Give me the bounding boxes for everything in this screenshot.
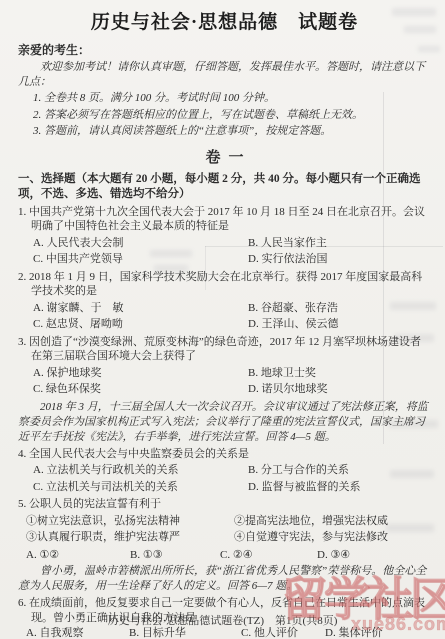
option-d: D. 诺贝尔地球奖 — [248, 381, 431, 398]
page-title: 历史与社会·思想品德 试题卷 — [18, 7, 431, 34]
exam-paper-page: 历史与社会·思想品德 试题卷 亲爱的考生： 欢迎参加考试！请你认真审题，仔细答题… — [0, 0, 445, 639]
question-stem: 3. 因创造了“沙漠变绿洲、荒原变林海”的绿色奇迹，2017 年 12 月塞罕坝… — [18, 335, 431, 364]
question-options: A. 人民代表大会制 B. 人民当家作主 C. 中国共产党领导 D. 实行依法治… — [33, 235, 431, 268]
question-stem: 4. 全国人民代表大会与中央监察委员会的关系是 — [18, 447, 431, 462]
exam-note: 2. 答案必须写在答题纸相应的位置上，写在试题卷、草稿纸上无效。 — [33, 108, 431, 123]
option-c: C. ②④ — [220, 548, 317, 563]
option-b: B. 地球卫士奖 — [248, 365, 431, 382]
question-options: A. 谢家麟、于 敏 B. 谷超豪、张存浩 C. 赵忠贤、屠呦呦 D. 王泽山、… — [33, 300, 431, 333]
option-a: A. 人民代表大会制 — [33, 235, 248, 252]
option-a: A. 立法机关与行政机关的关系 — [33, 462, 248, 479]
option-b: B. 谷超豪、张存浩 — [248, 300, 431, 317]
section-header-choice: 一、选择题（本大题有 20 小题，每小题 2 分，共 40 分。每小题只有一个正… — [18, 172, 431, 202]
option-b: B. 分工与合作的关系 — [248, 462, 431, 479]
option-d: D. 实行依法治国 — [248, 251, 431, 268]
welcome-text: 欢迎参加考试！请你认真审题，仔细答题，发挥最佳水平。答题时，请注意以下几点： — [18, 60, 431, 89]
question-5: 5. 公职人员的宪法宣誓有利于 ①树立宪法意识，弘扬宪法精神 ②提高宪法地位，增… — [18, 497, 431, 562]
part-one-title: 卷一 — [18, 146, 431, 167]
exam-note: 3. 答题前，请认真阅读答题纸上的“注意事项”，按规定答题。 — [33, 124, 431, 139]
option-b: B. ①③ — [130, 548, 220, 563]
question-3: 3. 因创造了“沙漠变绿洲、荒原变林海”的绿色奇迹，2017 年 12 月塞罕坝… — [18, 335, 431, 398]
option-c: C. 绿色环保奖 — [33, 381, 248, 398]
item-3: ③认真履行职责，维护宪法尊严 — [26, 529, 234, 546]
option-d: D. 王泽山、侯云德 — [248, 316, 431, 333]
exam-note: 1. 全卷共 8 页。满分 100 分。考试时间 100 分钟。 — [33, 91, 431, 106]
question-options: A. 立法机关与行政机关的关系 B. 分工与合作的关系 C. 立法机关与司法机关… — [33, 462, 431, 495]
option-c: C. 赵忠贤、屠呦呦 — [33, 316, 248, 333]
option-c: C. 中国共产党领导 — [33, 251, 248, 268]
item-2: ②提高宪法地位，增强宪法权威 — [234, 513, 431, 530]
question-options: A. ①② B. ①③ C. ②④ D. ③④ — [26, 548, 431, 563]
item-1: ①树立宪法意识，弘扬宪法精神 — [26, 513, 234, 530]
option-a: A. ①② — [26, 548, 130, 563]
option-c: C. 立法机关与司法机关的关系 — [33, 479, 248, 496]
question-stem: 5. 公职人员的宪法宣誓有利于 — [18, 497, 431, 512]
salutation: 亲爱的考生： — [18, 41, 431, 58]
question-1: 1. 中国共产党第十九次全国代表大会于 2017 年 10 月 18 日至 24… — [18, 205, 431, 268]
question-options: A. 保护地球奖 B. 地球卫士奖 C. 绿色环保奖 D. 诺贝尔地球奖 — [33, 365, 431, 398]
question-stem: 2. 2018 年 1 月 9 日，国家科学技术奖励大会在北京举行。获得 201… — [18, 270, 431, 299]
option-a: A. 谢家麟、于 敏 — [33, 300, 248, 317]
item-4: ④自觉遵守宪法，参与宪法修改 — [234, 529, 431, 546]
question-stem: 1. 中国共产党第十九次全国代表大会于 2017 年 10 月 18 日至 24… — [18, 205, 431, 234]
question-4: 4. 全国人民代表大会与中央监察委员会的关系是 A. 立法机关与行政机关的关系 … — [18, 447, 431, 496]
option-a: A. 保护地球奖 — [33, 365, 248, 382]
question-numbered-items: ①树立宪法意识，弘扬宪法精神 ②提高宪法地位，增强宪法权威 ③认真履行职责，维护… — [26, 513, 431, 546]
passage-6-7: 曾小勇，温岭市箬横派出所所长，获“浙江省优秀人民警察”荣誉称号。他全心全意为人民… — [18, 564, 431, 594]
option-b: B. 人民当家作主 — [248, 235, 431, 252]
question-2: 2. 2018 年 1 月 9 日，国家科学技术奖励大会在北京举行。获得 201… — [18, 270, 431, 333]
page-content: 历史与社会·思想品德 试题卷 亲爱的考生： 欢迎参加考试！请你认真审题，仔细答题… — [0, 0, 445, 639]
option-d: D. 监督与被监督的关系 — [248, 479, 431, 496]
page-footer: 历史与社会·思想品德试题卷(TZ) 第1页(共8页) — [0, 612, 445, 628]
passage-4-5: 2018 年 3 月，十三届全国人大一次会议召开。会议审议通过了宪法修正案，将监… — [18, 400, 431, 445]
option-d: D. ③④ — [317, 548, 431, 563]
